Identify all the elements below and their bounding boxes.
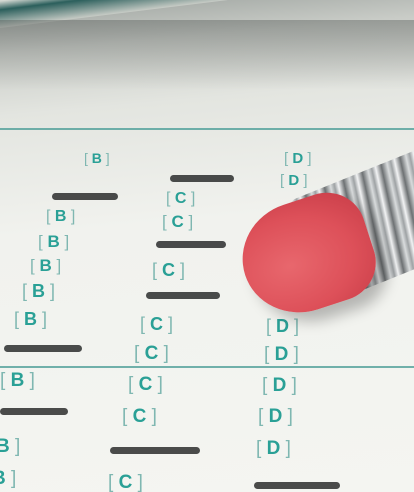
- bubble-b: [ B ]: [38, 232, 69, 252]
- pencil: [242, 160, 414, 310]
- bubble-c: [ C ]: [140, 314, 173, 335]
- bubble-c: [ C ]: [152, 260, 185, 281]
- row-divider: [0, 128, 414, 130]
- bubble-b: [ B ]: [46, 208, 75, 226]
- top-shadow: [0, 20, 414, 90]
- bubble-b: [ B ]: [22, 281, 55, 302]
- bubble-c: [ C ]: [108, 472, 143, 492]
- bubble-c: [ C ]: [134, 343, 169, 365]
- bubble-c: [ C ]: [128, 374, 163, 396]
- bubble-d: [ D ]: [256, 438, 291, 460]
- filled-bubble: [4, 345, 82, 352]
- bubble-c: [ C ]: [166, 190, 195, 208]
- bubble-b: [ B ]: [84, 150, 110, 166]
- bubble-b: B ]: [0, 468, 16, 490]
- bubble-b: [ B ]: [30, 256, 61, 276]
- bubble-d: [ D ]: [266, 316, 299, 337]
- filled-bubble: [0, 408, 68, 415]
- filled-bubble: [110, 447, 200, 454]
- row-divider: [0, 366, 414, 368]
- bubble-b: [ B ]: [0, 370, 35, 392]
- filled-bubble: [156, 241, 226, 248]
- bubble-c: [ C ]: [122, 406, 157, 428]
- bubble-d: [ D ]: [262, 375, 297, 397]
- filled-bubble: [254, 482, 340, 489]
- filled-bubble: [170, 175, 234, 182]
- bubble-c: [ C ]: [162, 212, 193, 232]
- filled-bubble: [52, 193, 118, 200]
- answer-sheet-photo: [ B ] [ B ] [ B ] [ B ] [ B ] [ B ] [ B …: [0, 0, 414, 492]
- bubble-b: B ]: [0, 436, 20, 458]
- bubble-b: [ B ]: [14, 309, 47, 330]
- filled-bubble: [146, 292, 220, 299]
- bubble-d: [ D ]: [264, 344, 299, 366]
- bubble-d: [ D ]: [258, 406, 293, 428]
